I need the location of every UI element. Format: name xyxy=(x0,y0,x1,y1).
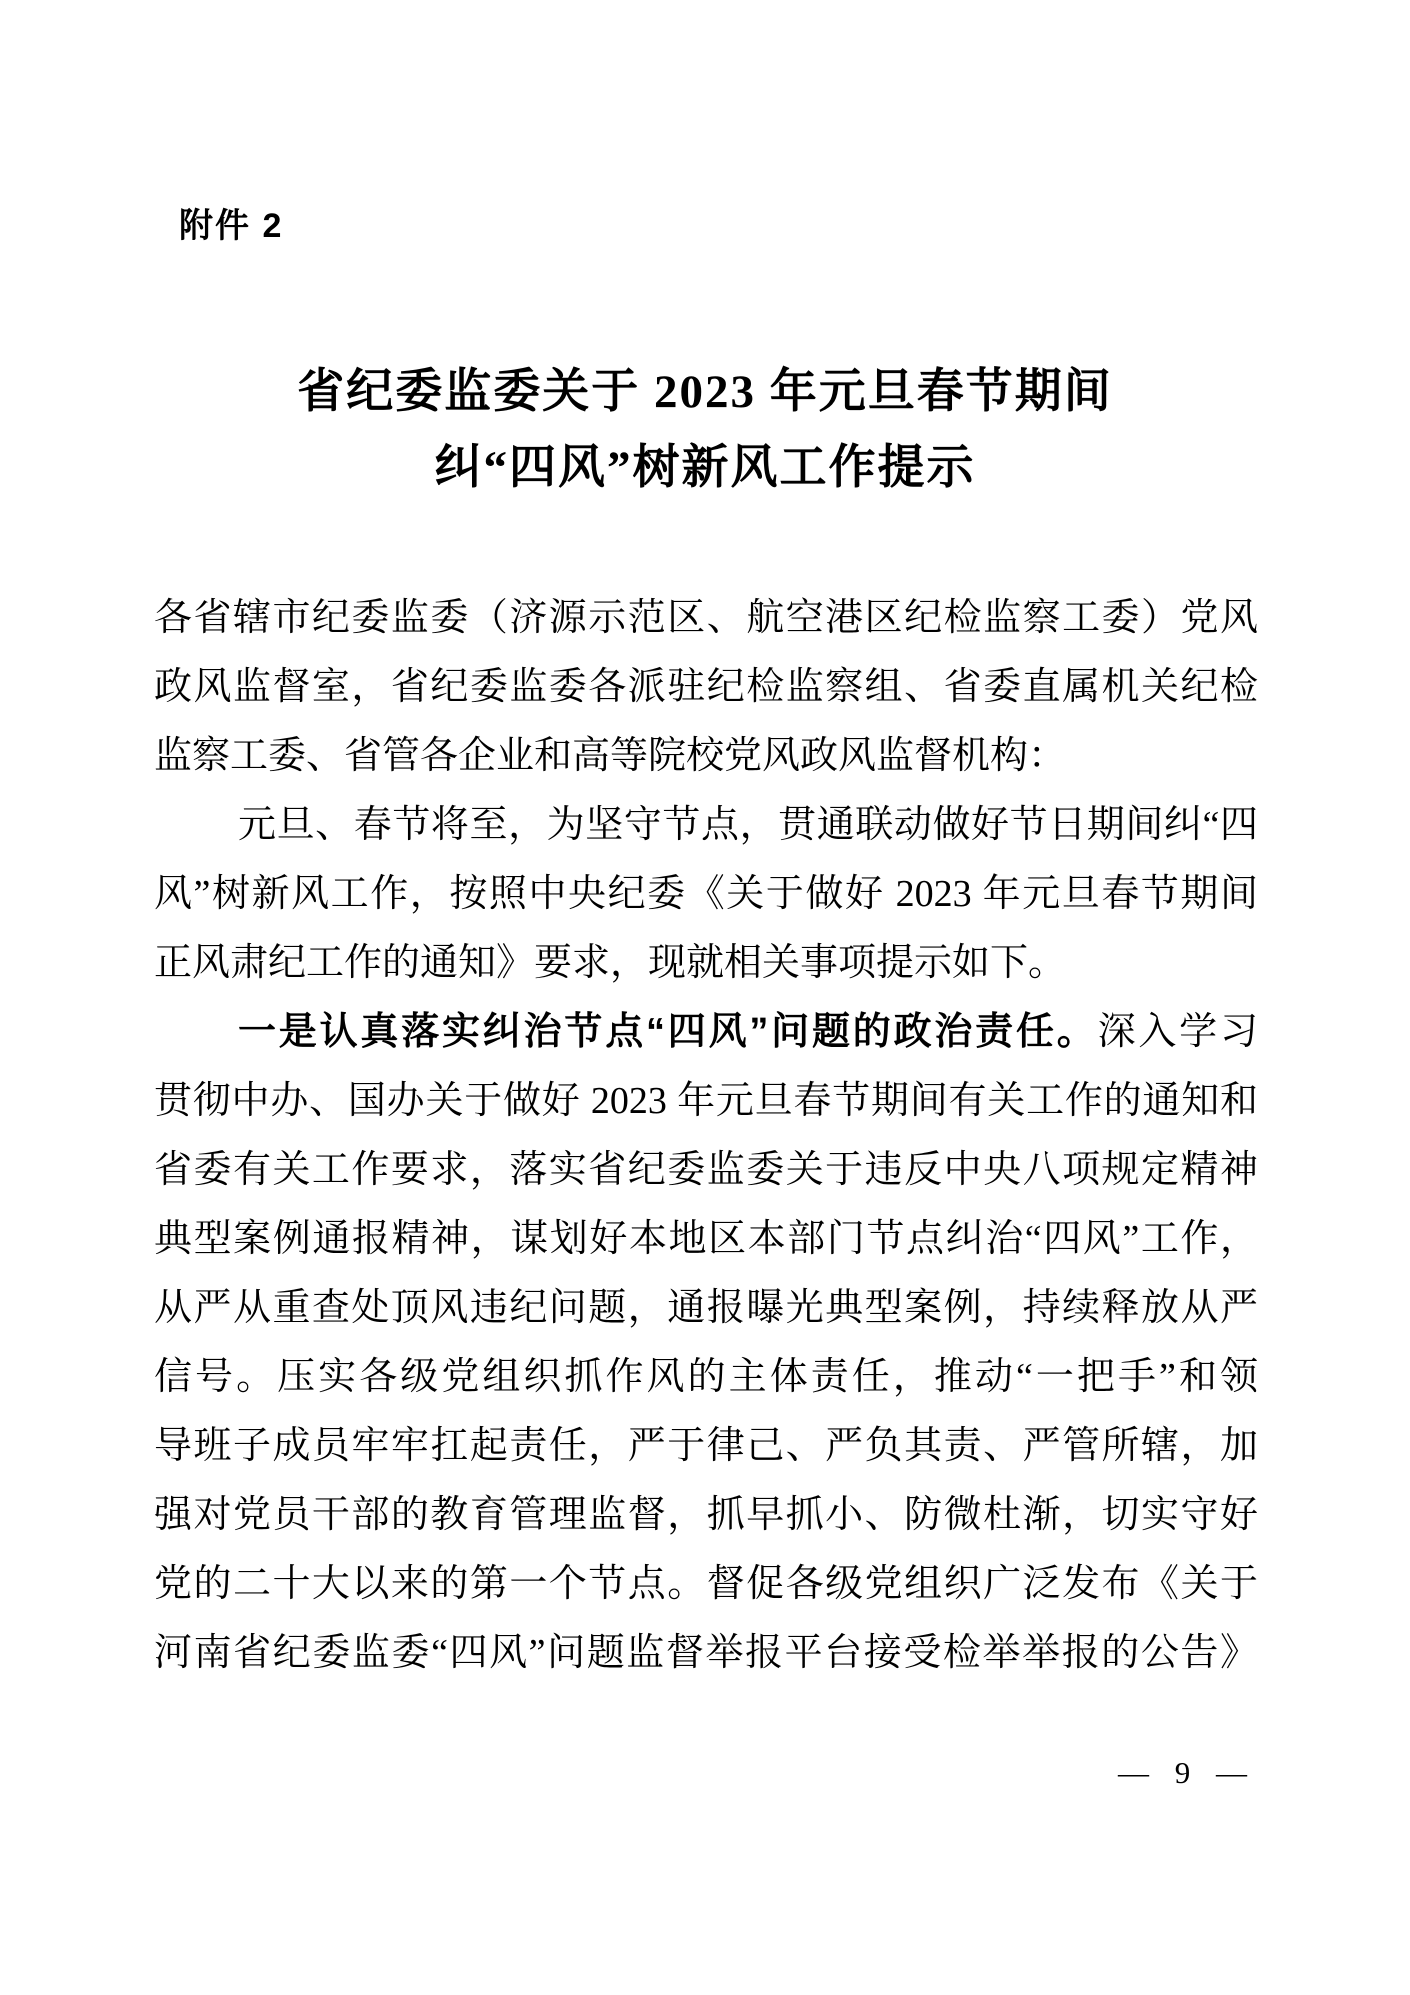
body-line: 导班子成员牢牢扛起责任，严于律己、严负其责、严管所辖，加 xyxy=(154,1412,1258,1481)
body-line: 强对党员干部的教育管理监督，抓早抓小、防微杜渐，切实守好 xyxy=(154,1481,1258,1550)
body-line: 监察工委、省管各企业和高等院校党风政风监督机构： xyxy=(154,722,1258,791)
body-line: 贯彻中办、国办关于做好 2023 年元旦春节期间有关工作的通知和 xyxy=(154,1067,1258,1136)
attachment-label: 附件 2 xyxy=(179,207,283,245)
document-title: 省纪委监委关于 2023 年元旦春节期间 纠“四风”树新风工作提示 xyxy=(0,354,1410,506)
body-line: 省委有关工作要求，落实省纪委监委关于违反中央八项规定精神 xyxy=(154,1136,1258,1205)
body-line: 一是认真落实纠治节点“四风”问题的政治责任。深入学习 xyxy=(154,998,1258,1067)
body-line: 元旦、春节将至，为坚守节点，贯通联动做好节日期间纠“四 xyxy=(154,791,1258,860)
document-page: 附件 2 省纪委监委关于 2023 年元旦春节期间 纠“四风”树新风工作提示 各… xyxy=(0,0,1410,1995)
body-line: 典型案例通报精神，谋划好本地区本部门节点纠治“四风”工作， xyxy=(154,1205,1258,1274)
document-title-line-2: 纠“四风”树新风工作提示 xyxy=(0,430,1410,506)
body-line-bold-lead: 一是认真落实纠治节点“四风”问题的政治责任。 xyxy=(238,1011,1098,1053)
body-line: 政风监督室，省纪委监委各派驻纪检监察组、省委直属机关纪检 xyxy=(154,653,1258,722)
document-title-line-1: 省纪委监委关于 2023 年元旦春节期间 xyxy=(0,354,1410,430)
body-line: 各省辖市纪委监委（济源示范区、航空港区纪检监察工委）党风 xyxy=(154,584,1258,653)
document-body: 各省辖市纪委监委（济源示范区、航空港区纪检监察工委）党风政风监督室，省纪委监委各… xyxy=(154,584,1258,1688)
body-line: 正风肃纪工作的通知》要求，现就相关事项提示如下。 xyxy=(154,929,1258,998)
body-line: 信号。压实各级党组织抓作风的主体责任，推动“一把手”和领 xyxy=(154,1343,1258,1412)
body-line: 从严从重查处顶风违纪问题，通报曝光典型案例，持续释放从严 xyxy=(154,1274,1258,1343)
body-line: 河南省纪委监委“四风”问题监督举报平台接受检举举报的公告》 xyxy=(154,1619,1258,1688)
body-line: 党的二十大以来的第一个节点。督促各级党组织广泛发布《关于 xyxy=(154,1550,1258,1619)
page-number: — 9 — xyxy=(1118,1753,1251,1793)
body-line: 风”树新风工作，按照中央纪委《关于做好 2023 年元旦春节期间 xyxy=(154,860,1258,929)
